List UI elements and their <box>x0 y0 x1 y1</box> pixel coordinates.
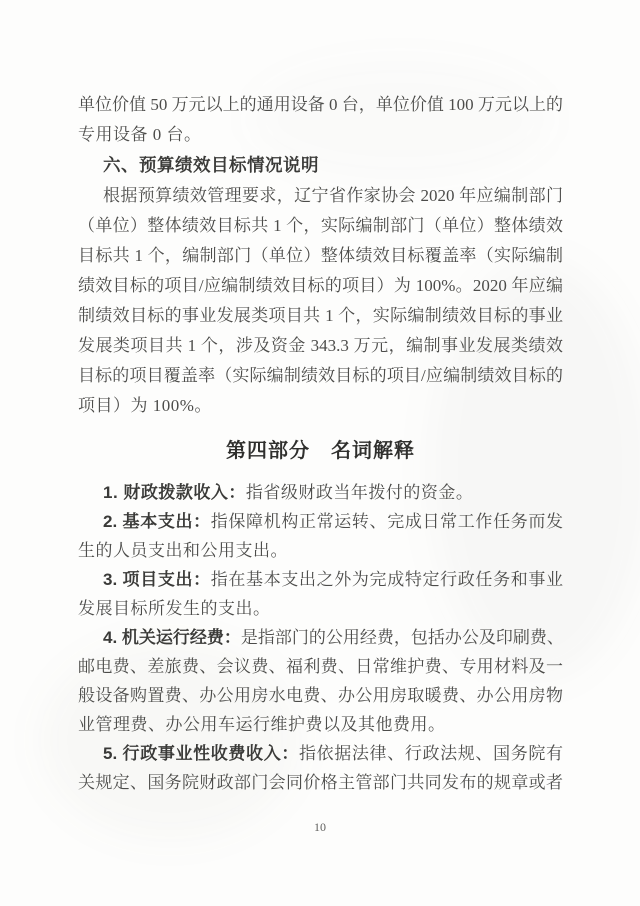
glossary-line: 1. 财政拨款收入：指省级财政当年拨付的资金。 <box>78 478 563 507</box>
line-text: 指在基本支出之外为完成特定行政任务和事业 <box>211 570 563 589</box>
section-heading-text: 六、预算绩效目标情况说明 <box>103 155 319 175</box>
glossary-line: 3. 项目支出：指在基本支出之外为完成特定行政任务和事业 <box>78 565 563 594</box>
doc-line: 目标的项目覆盖率（实际编制绩效目标的项目/应编制绩效目标的 <box>78 361 563 391</box>
glossary-term: 1. 财政拨款收入： <box>103 483 246 502</box>
doc-line: 发展类项目共 1 个，涉及资金 343.3 万元，编制事业发展类绩效 <box>78 331 563 361</box>
part4-title: 第四部分 名词解释 <box>78 436 563 466</box>
line-text: 生的人员支出和公用支出。 <box>78 541 288 560</box>
doc-line: 专用设备 0 台。 <box>78 120 563 150</box>
line-text: 项目）为 100%。 <box>78 396 212 415</box>
glossary-line: 关规定、国务院财政部门会同价格主管部门共同发布的规章或者 <box>78 768 563 797</box>
glossary-term: 5. 行政事业性收费收入： <box>103 744 299 763</box>
line-text: 根据预算绩效管理要求，辽宁省作家协会 2020 年应编制部门 <box>103 186 563 205</box>
document-page: 单位价值 50 万元以上的通用设备 0 台，单位价值 100 万元以上的 专用设… <box>0 0 640 906</box>
section-heading: 六、预算绩效目标情况说明 <box>78 150 563 181</box>
glossary-line: 般设备购置费、办公用房水电费、办公用房取暖费、办公用房物 <box>78 681 563 710</box>
line-text: 绩效目标的项目/应编制绩效目标的项目）为 100%。2020 年应编 <box>78 276 563 295</box>
line-text: 目标共 1 个，编制部门（单位）整体绩效目标覆盖率（实际编制 <box>78 246 563 265</box>
doc-line: 根据预算绩效管理要求，辽宁省作家协会 2020 年应编制部门 <box>78 181 563 211</box>
doc-line: 目标共 1 个，编制部门（单位）整体绩效目标覆盖率（实际编制 <box>78 241 563 271</box>
doc-line: 项目）为 100%。 <box>78 391 563 421</box>
doc-line: 单位价值 50 万元以上的通用设备 0 台，单位价值 100 万元以上的 <box>78 90 563 120</box>
glossary-term: 3. 项目支出： <box>103 570 211 589</box>
glossary-line: 5. 行政事业性收费收入：指依据法律、行政法规、国务院有 <box>78 739 563 768</box>
line-text: （单位）整体绩效目标共 1 个，实际编制部门（单位）整体绩效 <box>78 216 563 235</box>
page-number: 10 <box>0 820 640 834</box>
line-text: 单位价值 50 万元以上的通用设备 0 台，单位价值 100 万元以上的 <box>78 95 563 114</box>
doc-line: 制绩效目标的事业发展类项目共 1 个，实际编制绩效目标的事业 <box>78 301 563 331</box>
glossary-line: 2. 基本支出：指保障机构正常运转、完成日常工作任务而发 <box>78 507 563 536</box>
doc-line: 绩效目标的项目/应编制绩效目标的项目）为 100%。2020 年应编 <box>78 271 563 301</box>
line-text: 目标的项目覆盖率（实际编制绩效目标的项目/应编制绩效目标的 <box>78 366 563 385</box>
line-text: 般设备购置费、办公用房水电费、办公用房取暖费、办公用房物 <box>78 686 563 705</box>
line-text: 专用设备 0 台。 <box>78 125 202 144</box>
doc-line: （单位）整体绩效目标共 1 个，实际编制部门（单位）整体绩效 <box>78 211 563 241</box>
line-text: 业管理费、办公用车运行维护费以及其他费用。 <box>78 715 446 734</box>
glossary-line: 4. 机关运行经费：是指部门的公用经费，包括办公及印刷费、 <box>78 623 563 652</box>
glossary-term: 2. 基本支出： <box>103 512 211 531</box>
glossary-line: 发展目标所发生的支出。 <box>78 594 563 623</box>
line-text: 指省级财政当年拨付的资金。 <box>246 483 474 502</box>
line-text: 发展类项目共 1 个，涉及资金 343.3 万元，编制事业发展类绩效 <box>78 336 563 355</box>
line-text: 指依据法律、行政法规、国务院有 <box>299 744 563 763</box>
line-text: 制绩效目标的事业发展类项目共 1 个，实际编制绩效目标的事业 <box>78 306 563 325</box>
glossary-line: 邮电费、差旅费、会议费、福利费、日常维护费、专用材料及一 <box>78 652 563 681</box>
line-text: 关规定、国务院财政部门会同价格主管部门共同发布的规章或者 <box>78 773 563 792</box>
document-body: 单位价值 50 万元以上的通用设备 0 台，单位价值 100 万元以上的 专用设… <box>78 90 563 797</box>
glossary-line: 业管理费、办公用车运行维护费以及其他费用。 <box>78 710 563 739</box>
line-text: 是指部门的公用经费，包括办公及印刷费、 <box>241 628 564 647</box>
line-text: 邮电费、差旅费、会议费、福利费、日常维护费、专用材料及一 <box>78 657 563 676</box>
line-text: 指保障机构正常运转、完成日常工作任务而发 <box>211 512 563 531</box>
glossary-term: 4. 机关运行经费： <box>103 628 241 647</box>
line-text: 发展目标所发生的支出。 <box>78 599 271 618</box>
glossary-line: 生的人员支出和公用支出。 <box>78 536 563 565</box>
